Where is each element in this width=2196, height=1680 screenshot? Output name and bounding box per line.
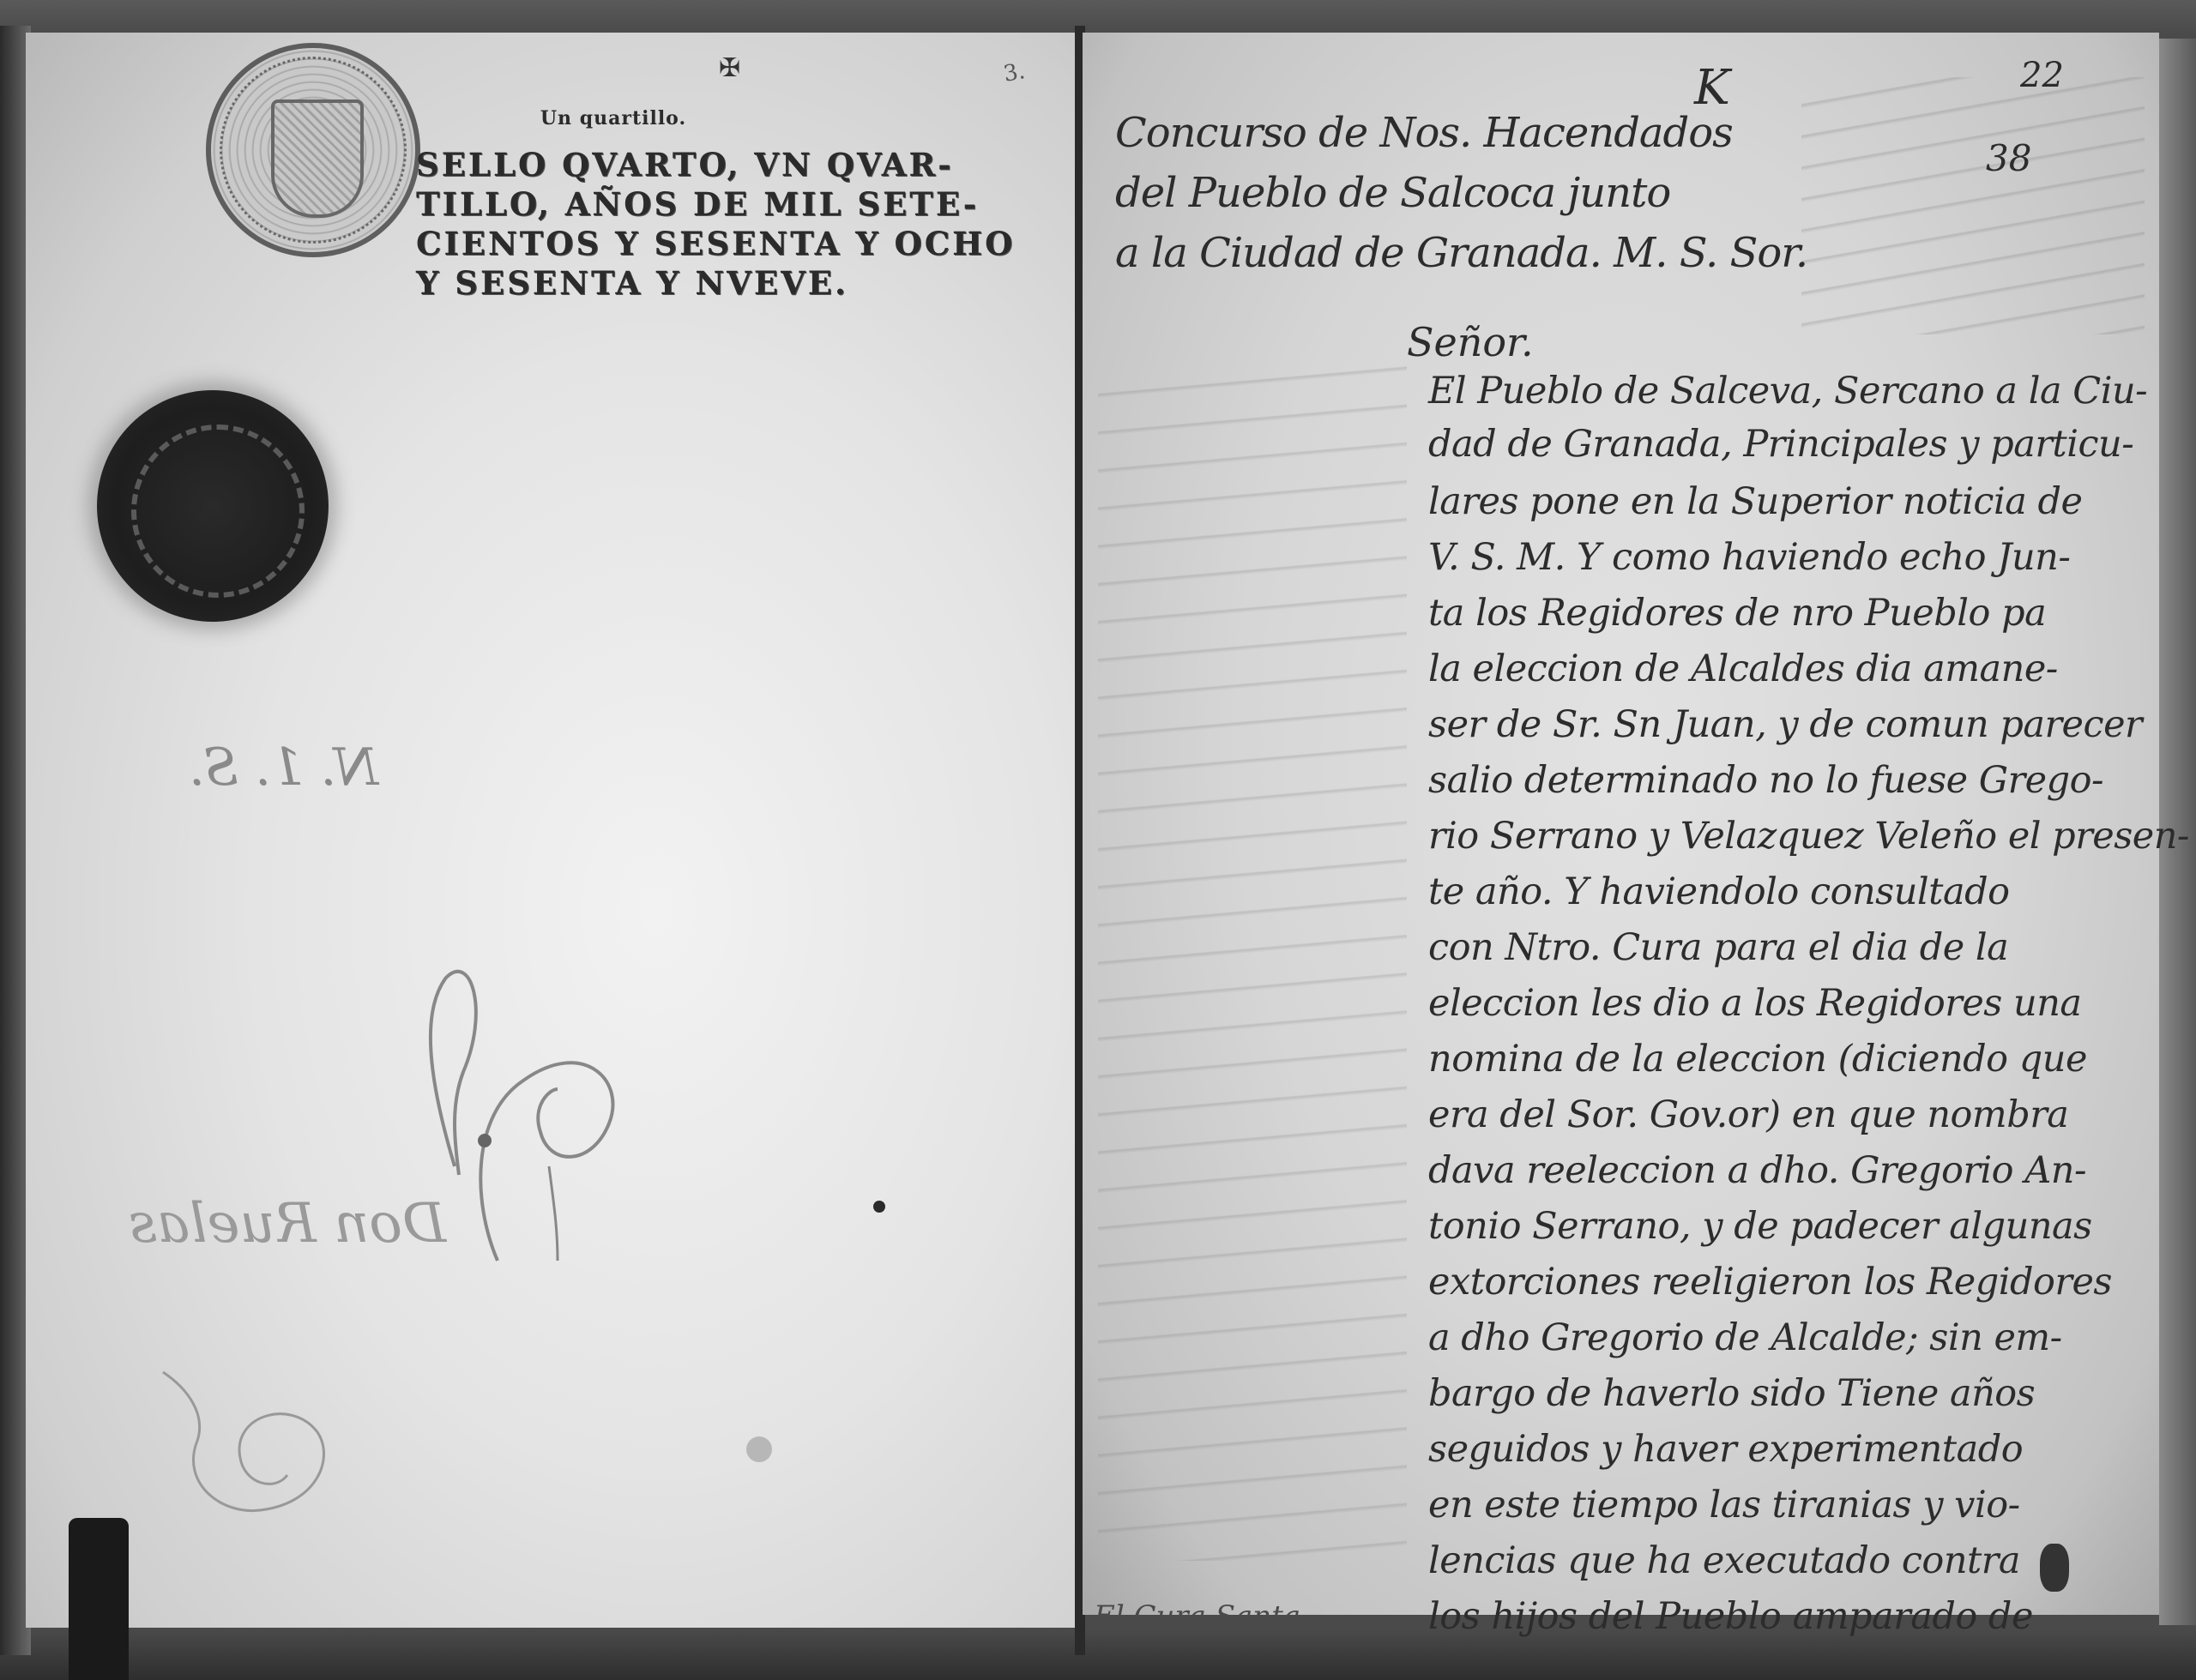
paper-stain [746,1436,772,1462]
body-line: dad de Granada, Principales y particu- [1428,414,2123,474]
seal-legend-ring [131,425,305,598]
stamp-line-1: SELLO QVARTO, VN QVAR- [416,145,1051,184]
salutation: Señor. [1407,319,1534,365]
body-line: la eleccion de Alcaldes dia amane- [1428,641,2123,697]
bottom-margin-note: El Cura Santa... [1094,1599,1329,1634]
body-line: extorciones reeligieron los Regidores [1428,1255,2123,1310]
body-line: El Pueblo de Salceva, Sercano a la Ciu- [1428,369,2123,414]
body-line: en este tiempo las tiranias y vio- [1428,1478,2123,1533]
address-line-3: a la Ciudad de Granada. M. S. Sor. [1115,223,1716,283]
corner-mark: 3. [1002,58,1028,87]
stamp-line-4: Y SESENTA Y NVEVE. [416,263,1051,303]
letter-body: El Pueblo de Salceva, Sercano a la Ciu- … [1428,369,2123,1645]
bleed-through-lines-top [1801,77,2145,334]
body-line: era del Sor. Gov.or) en que nombra [1428,1087,2123,1143]
royal-arms-stamp [206,43,420,257]
stamped-paper-header: Un quartillo. SELLO QVARTO, VN QVAR- TIL… [416,107,1051,303]
body-line: rio Serrano y Velazquez Veleño el presen… [1428,809,2123,864]
coat-of-arms-icon [271,99,364,218]
bleed-through-number: N. 1. S. [189,738,378,798]
body-line: tonio Serrano, y de padecer algunas [1428,1199,2123,1255]
body-line: eleccion les dio a los Regidores una [1428,976,2123,1032]
address-line-1: Concurso de Nos. Hacendados [1115,103,1716,163]
body-line: lencias que ha executado contra [1428,1533,2123,1589]
body-line: ta los Regidores de nro Pueblo pa [1428,586,2123,641]
folio-number-old: 22 [2020,56,2064,95]
wax-seal [97,390,329,622]
body-line: seguidos y haver experimentado [1428,1422,2123,1478]
body-line: nomina de la eleccion (diciendo que [1428,1032,2123,1087]
body-line: te año. Y haviendolo consultado [1428,864,2123,920]
body-line: con Ntro. Cura para el dia de la [1428,920,2123,976]
bleed-through-signature: Don Ruelas [129,1192,446,1255]
lower-flourish-icon [146,1364,369,1535]
stamp-line-3: CIENTOS Y SESENTA Y OCHO [416,224,1051,263]
cross-icon: ✠ [719,53,740,83]
address-line-2: del Pueblo de Salcoca junto [1115,163,1716,223]
ink-blot [2040,1544,2069,1592]
body-line: lares pone en la Superior noticia de [1428,474,2123,530]
stamp-line-2: TILLO, AÑOS DE MIL SETE- [416,184,1051,224]
body-line: ser de Sr. Sn Juan, y de comun parecer [1428,697,2123,753]
folio-number: 38 [1986,137,2031,179]
body-line: a dho Gregorio de Alcalde; sin em- [1428,1310,2123,1366]
body-line: salio determinado no lo fuese Grego- [1428,753,2123,809]
stamp-denomination: Un quartillo. [433,107,793,129]
body-line: bargo de haverlo sido Tiene años [1428,1366,2123,1422]
bleed-through-lines [1098,360,1407,1561]
ink-dot [873,1201,885,1213]
page-clip [69,1518,129,1680]
body-line: V. S. M. Y como haviendo echo Jun- [1428,530,2123,586]
body-line: dava reeleccion a dho. Gregorio An- [1428,1143,2123,1199]
body-line: los hijos del Pueblo amparado de [1428,1589,2123,1645]
address-block: Concurso de Nos. Hacendados del Pueblo d… [1115,103,1716,283]
